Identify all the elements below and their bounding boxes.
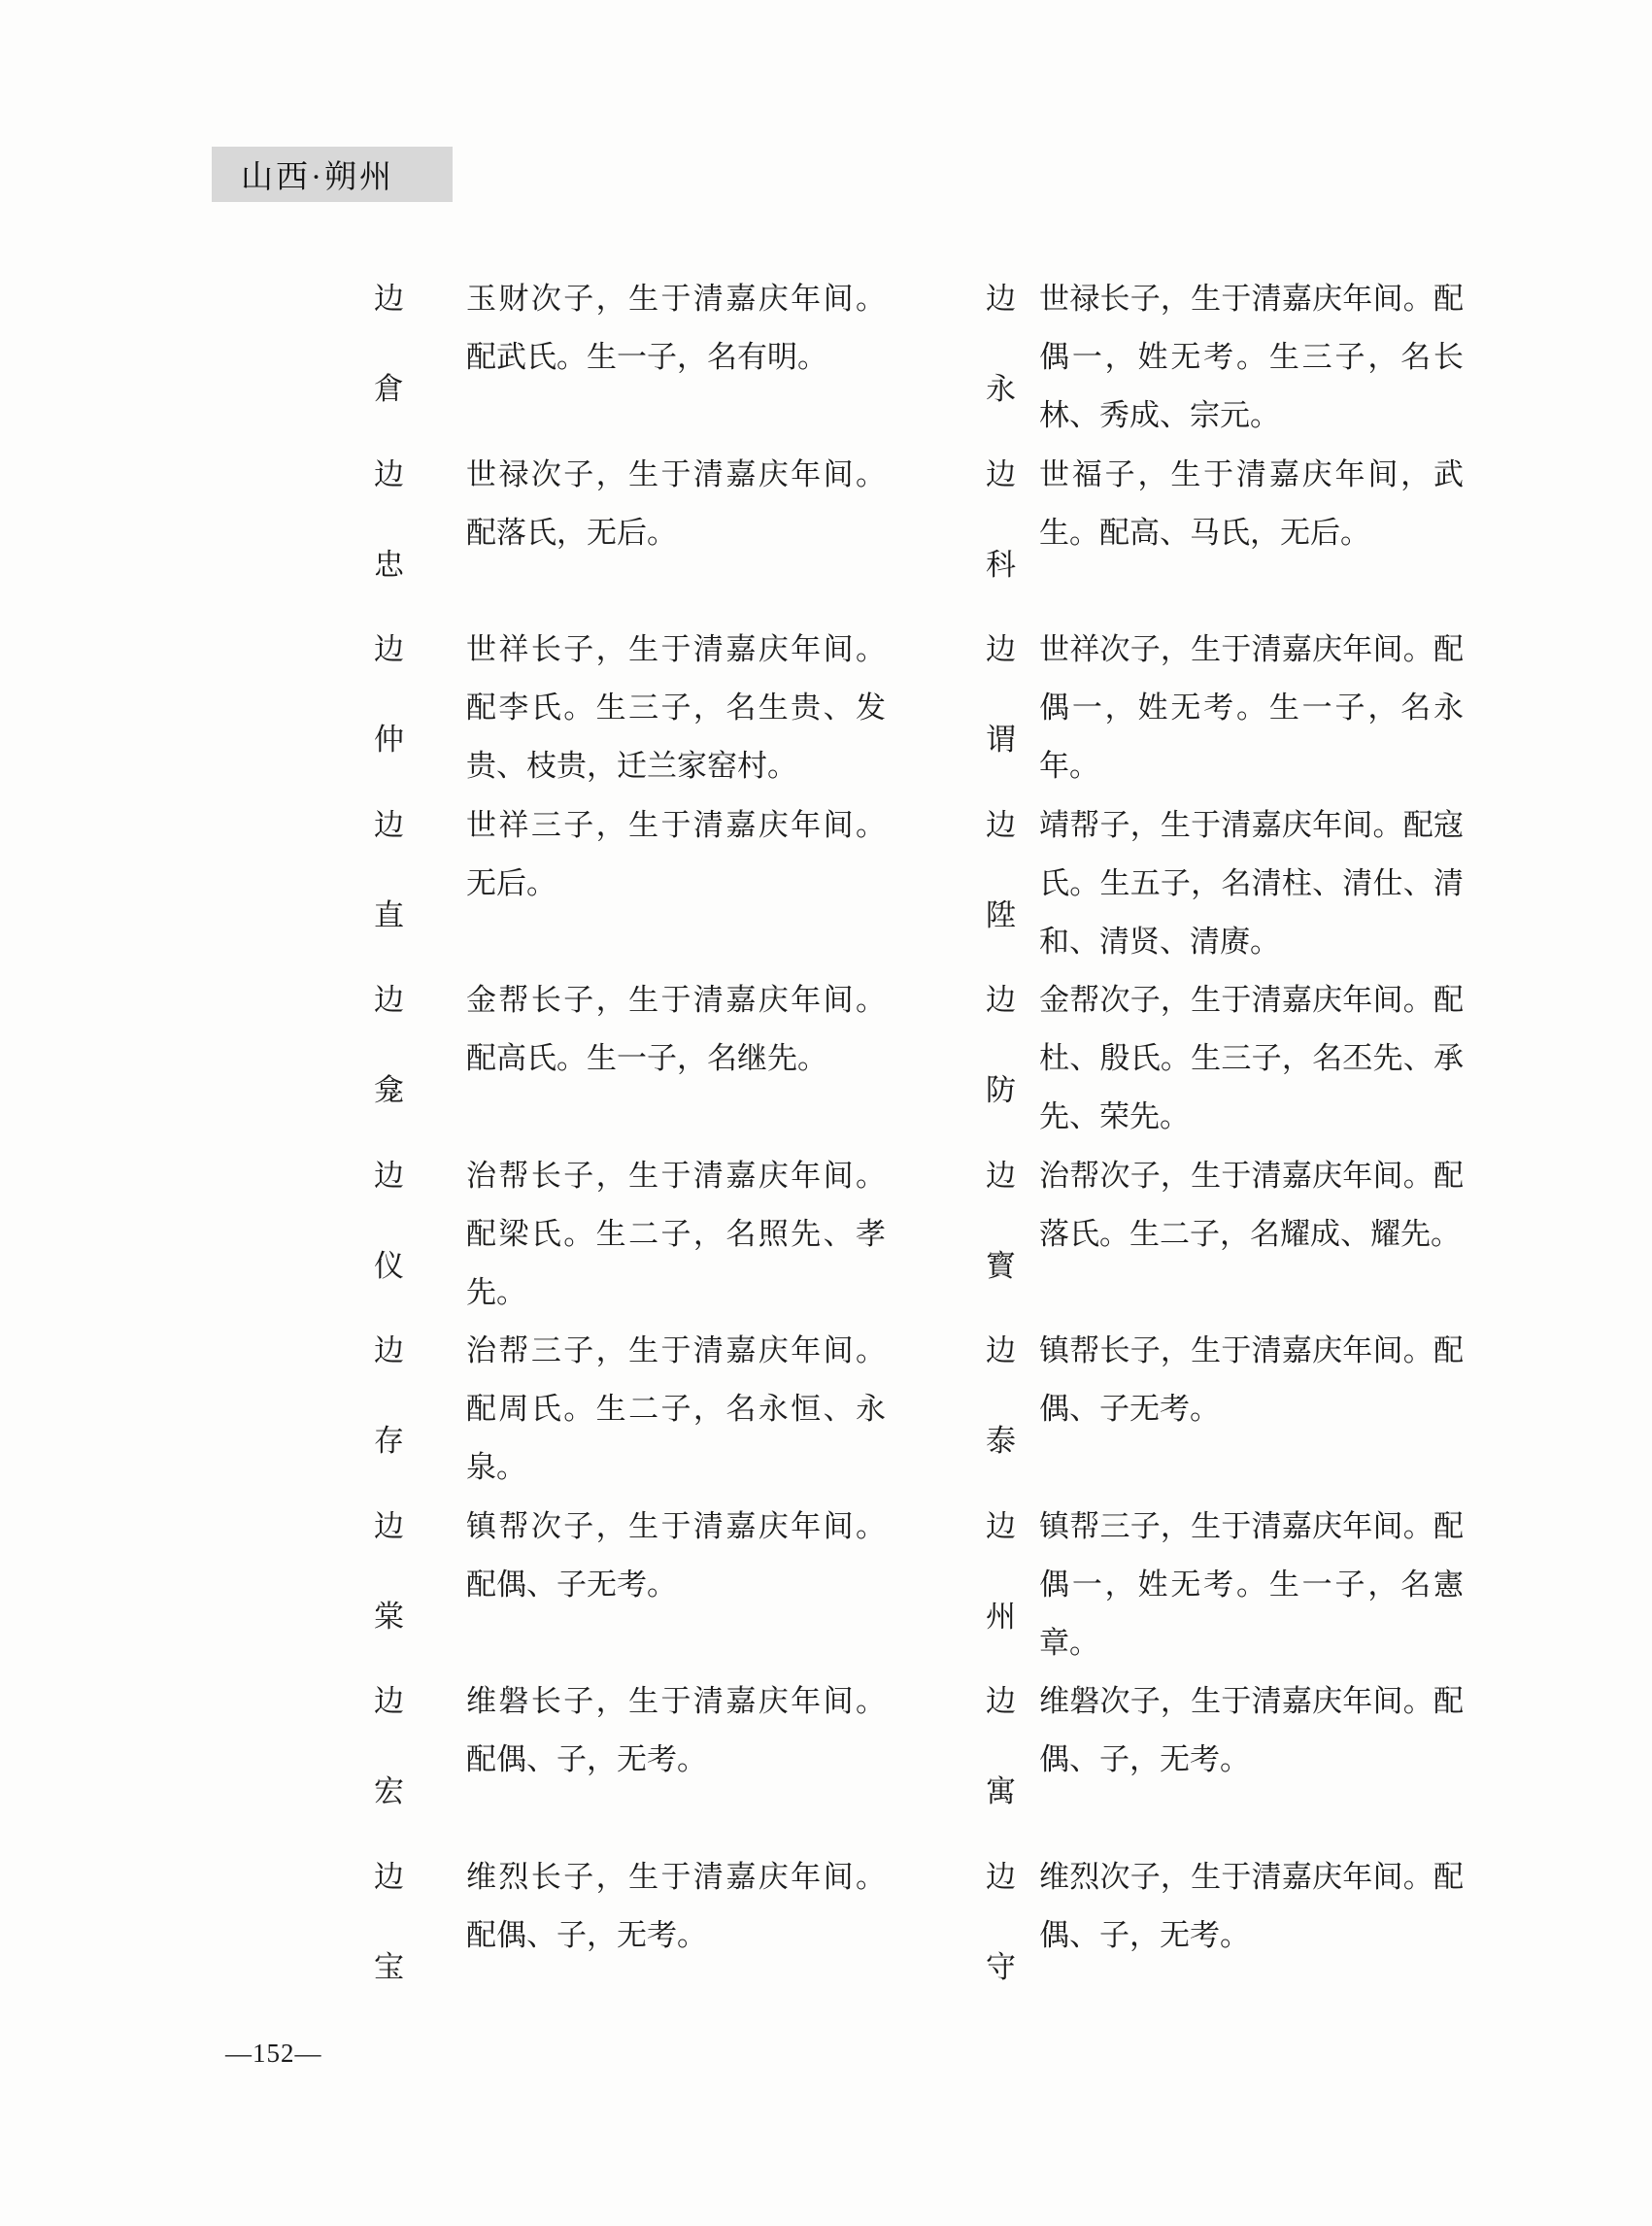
genealogy-column-left: 边 倉 玉财次子，生于清嘉庆年间。配武氏。生一子，名有明。 边 忠 世禄次子，生… xyxy=(374,270,886,2023)
genealogy-entry: 边 寳 治帮次子，生于清嘉庆年间。配落氏。生二子，名耀成、耀先。 xyxy=(986,1147,1464,1323)
genealogy-entry: 边 永 世禄长子，生于清嘉庆年间。配偶一，姓无考。生三子，名长林、秀成、宗元。 xyxy=(986,270,1464,446)
person-name: 边 寳 xyxy=(986,1147,1039,1323)
person-name: 边 倉 xyxy=(374,270,466,446)
person-name: 边 谓 xyxy=(986,621,1039,796)
person-given-name: 泰 xyxy=(986,1412,1016,1470)
person-surname: 边 xyxy=(374,1322,466,1380)
person-name: 边 棠 xyxy=(374,1498,466,1673)
person-surname: 边 xyxy=(986,1498,1039,1556)
genealogy-entry: 边 陞 靖帮子，生于清嘉庆年间。配寇氏。生五子，名清柱、清仕、清和、清贤、清赓。 xyxy=(986,796,1464,972)
person-surname: 边 xyxy=(986,1147,1039,1205)
person-surname: 边 xyxy=(374,1848,466,1906)
genealogy-entry: 边 倉 玉财次子，生于清嘉庆年间。配武氏。生一子，名有明。 xyxy=(374,270,886,446)
person-surname: 边 xyxy=(986,446,1039,504)
person-surname: 边 xyxy=(374,1672,466,1731)
person-name: 边 寓 xyxy=(986,1672,1039,1848)
person-record-text: 世福子，生于清嘉庆年间，武生。配高、马氏，无后。 xyxy=(1039,446,1464,562)
person-surname: 边 xyxy=(986,796,1039,855)
person-surname: 边 xyxy=(374,446,466,504)
person-record-text: 世祥次子，生于清嘉庆年间。配偶一，姓无考。生一子，名永年。 xyxy=(1039,621,1464,795)
person-record-text: 世祥三子，生于清嘉庆年间。无后。 xyxy=(466,796,886,913)
person-surname: 边 xyxy=(374,621,466,679)
genealogy-entry: 边 防 金帮次子，生于清嘉庆年间。配杜、殷氏。生三子，名丕先、承先、荣先。 xyxy=(986,971,1464,1147)
person-name: 边 守 xyxy=(986,1848,1039,2024)
person-record-text: 镇帮次子，生于清嘉庆年间。配偶、子无考。 xyxy=(466,1498,886,1614)
person-surname: 边 xyxy=(374,796,466,855)
person-record-text: 世禄长子，生于清嘉庆年间。配偶一，姓无考。生三子，名长林、秀成、宗元。 xyxy=(1039,270,1464,445)
person-surname: 边 xyxy=(374,1147,466,1205)
person-surname: 边 xyxy=(986,971,1039,1029)
genealogy-entry: 边 棠 镇帮次子，生于清嘉庆年间。配偶、子无考。 xyxy=(374,1498,886,1673)
person-given-name: 宝 xyxy=(374,1939,404,1997)
genealogy-entry: 边 仲 世祥长子，生于清嘉庆年间。配李氏。生三子，名生贵、发贵、枝贵，迁兰家窑村… xyxy=(374,621,886,796)
person-given-name: 谓 xyxy=(986,711,1016,769)
genealogy-entry: 边 存 治帮三子，生于清嘉庆年间。配周氏。生二子，名永恒、永泉。 xyxy=(374,1322,886,1498)
genealogy-entry: 边 寓 维磐次子，生于清嘉庆年间。配偶、子，无考。 xyxy=(986,1672,1464,1848)
person-record-text: 靖帮子，生于清嘉庆年间。配寇氏。生五子，名清柱、清仕、清和、清贤、清赓。 xyxy=(1039,796,1464,971)
person-name: 边 宏 xyxy=(374,1672,466,1848)
region-label: 山西·朔州 xyxy=(241,152,394,197)
person-name: 边 仲 xyxy=(374,621,466,796)
person-name: 边 陞 xyxy=(986,796,1039,972)
genealogy-entry: 边 州 镇帮三子，生于清嘉庆年间。配偶一，姓无考。生一子，名憲章。 xyxy=(986,1498,1464,1673)
person-record-text: 镇帮长子，生于清嘉庆年间。配偶、子无考。 xyxy=(1039,1322,1464,1438)
person-name: 边 泰 xyxy=(986,1322,1039,1498)
person-name: 边 科 xyxy=(986,446,1039,622)
person-given-name: 守 xyxy=(986,1939,1016,1997)
person-surname: 边 xyxy=(986,621,1039,679)
genealogy-entry: 边 宏 维磐长子，生于清嘉庆年间。配偶、子，无考。 xyxy=(374,1672,886,1848)
person-surname: 边 xyxy=(374,971,466,1029)
person-given-name: 倉 xyxy=(374,360,404,419)
person-surname: 边 xyxy=(374,1498,466,1556)
person-record-text: 世祥长子，生于清嘉庆年间。配李氏。生三子，名生贵、发贵、枝贵，迁兰家窑村。 xyxy=(466,621,886,795)
person-given-name: 寓 xyxy=(986,1763,1016,1821)
person-record-text: 镇帮三子，生于清嘉庆年间。配偶一，姓无考。生一子，名憲章。 xyxy=(1039,1498,1464,1672)
person-record-text: 世禄次子，生于清嘉庆年间。配落氏，无后。 xyxy=(466,446,886,562)
genealogy-entry: 边 科 世福子，生于清嘉庆年间，武生。配高、马氏，无后。 xyxy=(986,446,1464,622)
person-surname: 边 xyxy=(374,270,466,328)
person-name: 边 龛 xyxy=(374,971,466,1147)
person-surname: 边 xyxy=(986,1848,1039,1906)
person-record-text: 治帮三子，生于清嘉庆年间。配周氏。生二子，名永恒、永泉。 xyxy=(466,1322,886,1497)
person-record-text: 玉财次子，生于清嘉庆年间。配武氏。生一子，名有明。 xyxy=(466,270,886,387)
person-given-name: 忠 xyxy=(374,536,404,594)
genealogy-entry: 边 泰 镇帮长子，生于清嘉庆年间。配偶、子无考。 xyxy=(986,1322,1464,1498)
person-record-text: 治帮次子，生于清嘉庆年间。配落氏。生二子，名耀成、耀先。 xyxy=(1039,1147,1464,1264)
person-record-text: 维磐次子，生于清嘉庆年间。配偶、子，无考。 xyxy=(1039,1672,1464,1789)
person-given-name: 棠 xyxy=(374,1588,404,1646)
person-given-name: 陞 xyxy=(986,887,1016,945)
person-name: 边 防 xyxy=(986,971,1039,1147)
person-given-name: 直 xyxy=(374,887,404,945)
person-record-text: 治帮长子，生于清嘉庆年间。配梁氏。生二子，名照先、孝先。 xyxy=(466,1147,886,1322)
person-given-name: 永 xyxy=(986,360,1016,419)
person-given-name: 龛 xyxy=(374,1062,404,1120)
person-given-name: 科 xyxy=(986,536,1016,594)
person-record-text: 金帮长子，生于清嘉庆年间。配高氏。生一子，名继先。 xyxy=(466,971,886,1088)
page-number: —152— xyxy=(225,2039,322,2069)
person-given-name: 仲 xyxy=(374,711,404,769)
person-name: 边 宝 xyxy=(374,1848,466,2024)
person-given-name: 州 xyxy=(986,1588,1016,1646)
person-record-text: 维烈长子，生于清嘉庆年间。配偶、子，无考。 xyxy=(466,1848,886,1965)
genealogy-entry: 边 谓 世祥次子，生于清嘉庆年间。配偶一，姓无考。生一子，名永年。 xyxy=(986,621,1464,796)
person-name: 边 忠 xyxy=(374,446,466,622)
person-given-name: 寳 xyxy=(986,1237,1016,1296)
genealogy-entry: 边 宝 维烈长子，生于清嘉庆年间。配偶、子，无考。 xyxy=(374,1848,886,2024)
genealogy-entry: 边 龛 金帮长子，生于清嘉庆年间。配高氏。生一子，名继先。 xyxy=(374,971,886,1147)
person-record-text: 金帮次子，生于清嘉庆年间。配杜、殷氏。生三子，名丕先、承先、荣先。 xyxy=(1039,971,1464,1146)
person-given-name: 仪 xyxy=(374,1237,404,1296)
genealogy-entry: 边 仪 治帮长子，生于清嘉庆年间。配梁氏。生二子，名照先、孝先。 xyxy=(374,1147,886,1323)
person-name: 边 州 xyxy=(986,1498,1039,1673)
person-name: 边 存 xyxy=(374,1322,466,1498)
genealogy-entry: 边 直 世祥三子，生于清嘉庆年间。无后。 xyxy=(374,796,886,972)
person-record-text: 维烈次子，生于清嘉庆年间。配偶、子，无考。 xyxy=(1039,1848,1464,1965)
person-given-name: 宏 xyxy=(374,1763,404,1821)
genealogy-column-right: 边 永 世禄长子，生于清嘉庆年间。配偶一，姓无考。生三子，名长林、秀成、宗元。 … xyxy=(986,270,1464,2023)
person-surname: 边 xyxy=(986,270,1039,328)
person-surname: 边 xyxy=(986,1672,1039,1731)
genealogy-entry: 边 忠 世禄次子，生于清嘉庆年间。配落氏，无后。 xyxy=(374,446,886,622)
person-record-text: 维磐长子，生于清嘉庆年间。配偶、子，无考。 xyxy=(466,1672,886,1789)
region-label-badge: 山西·朔州 xyxy=(212,147,453,202)
genealogy-entry: 边 守 维烈次子，生于清嘉庆年间。配偶、子，无考。 xyxy=(986,1848,1464,2024)
person-given-name: 存 xyxy=(374,1412,404,1470)
person-surname: 边 xyxy=(986,1322,1039,1380)
person-given-name: 防 xyxy=(986,1062,1016,1120)
person-name: 边 永 xyxy=(986,270,1039,446)
person-name: 边 仪 xyxy=(374,1147,466,1323)
person-name: 边 直 xyxy=(374,796,466,972)
